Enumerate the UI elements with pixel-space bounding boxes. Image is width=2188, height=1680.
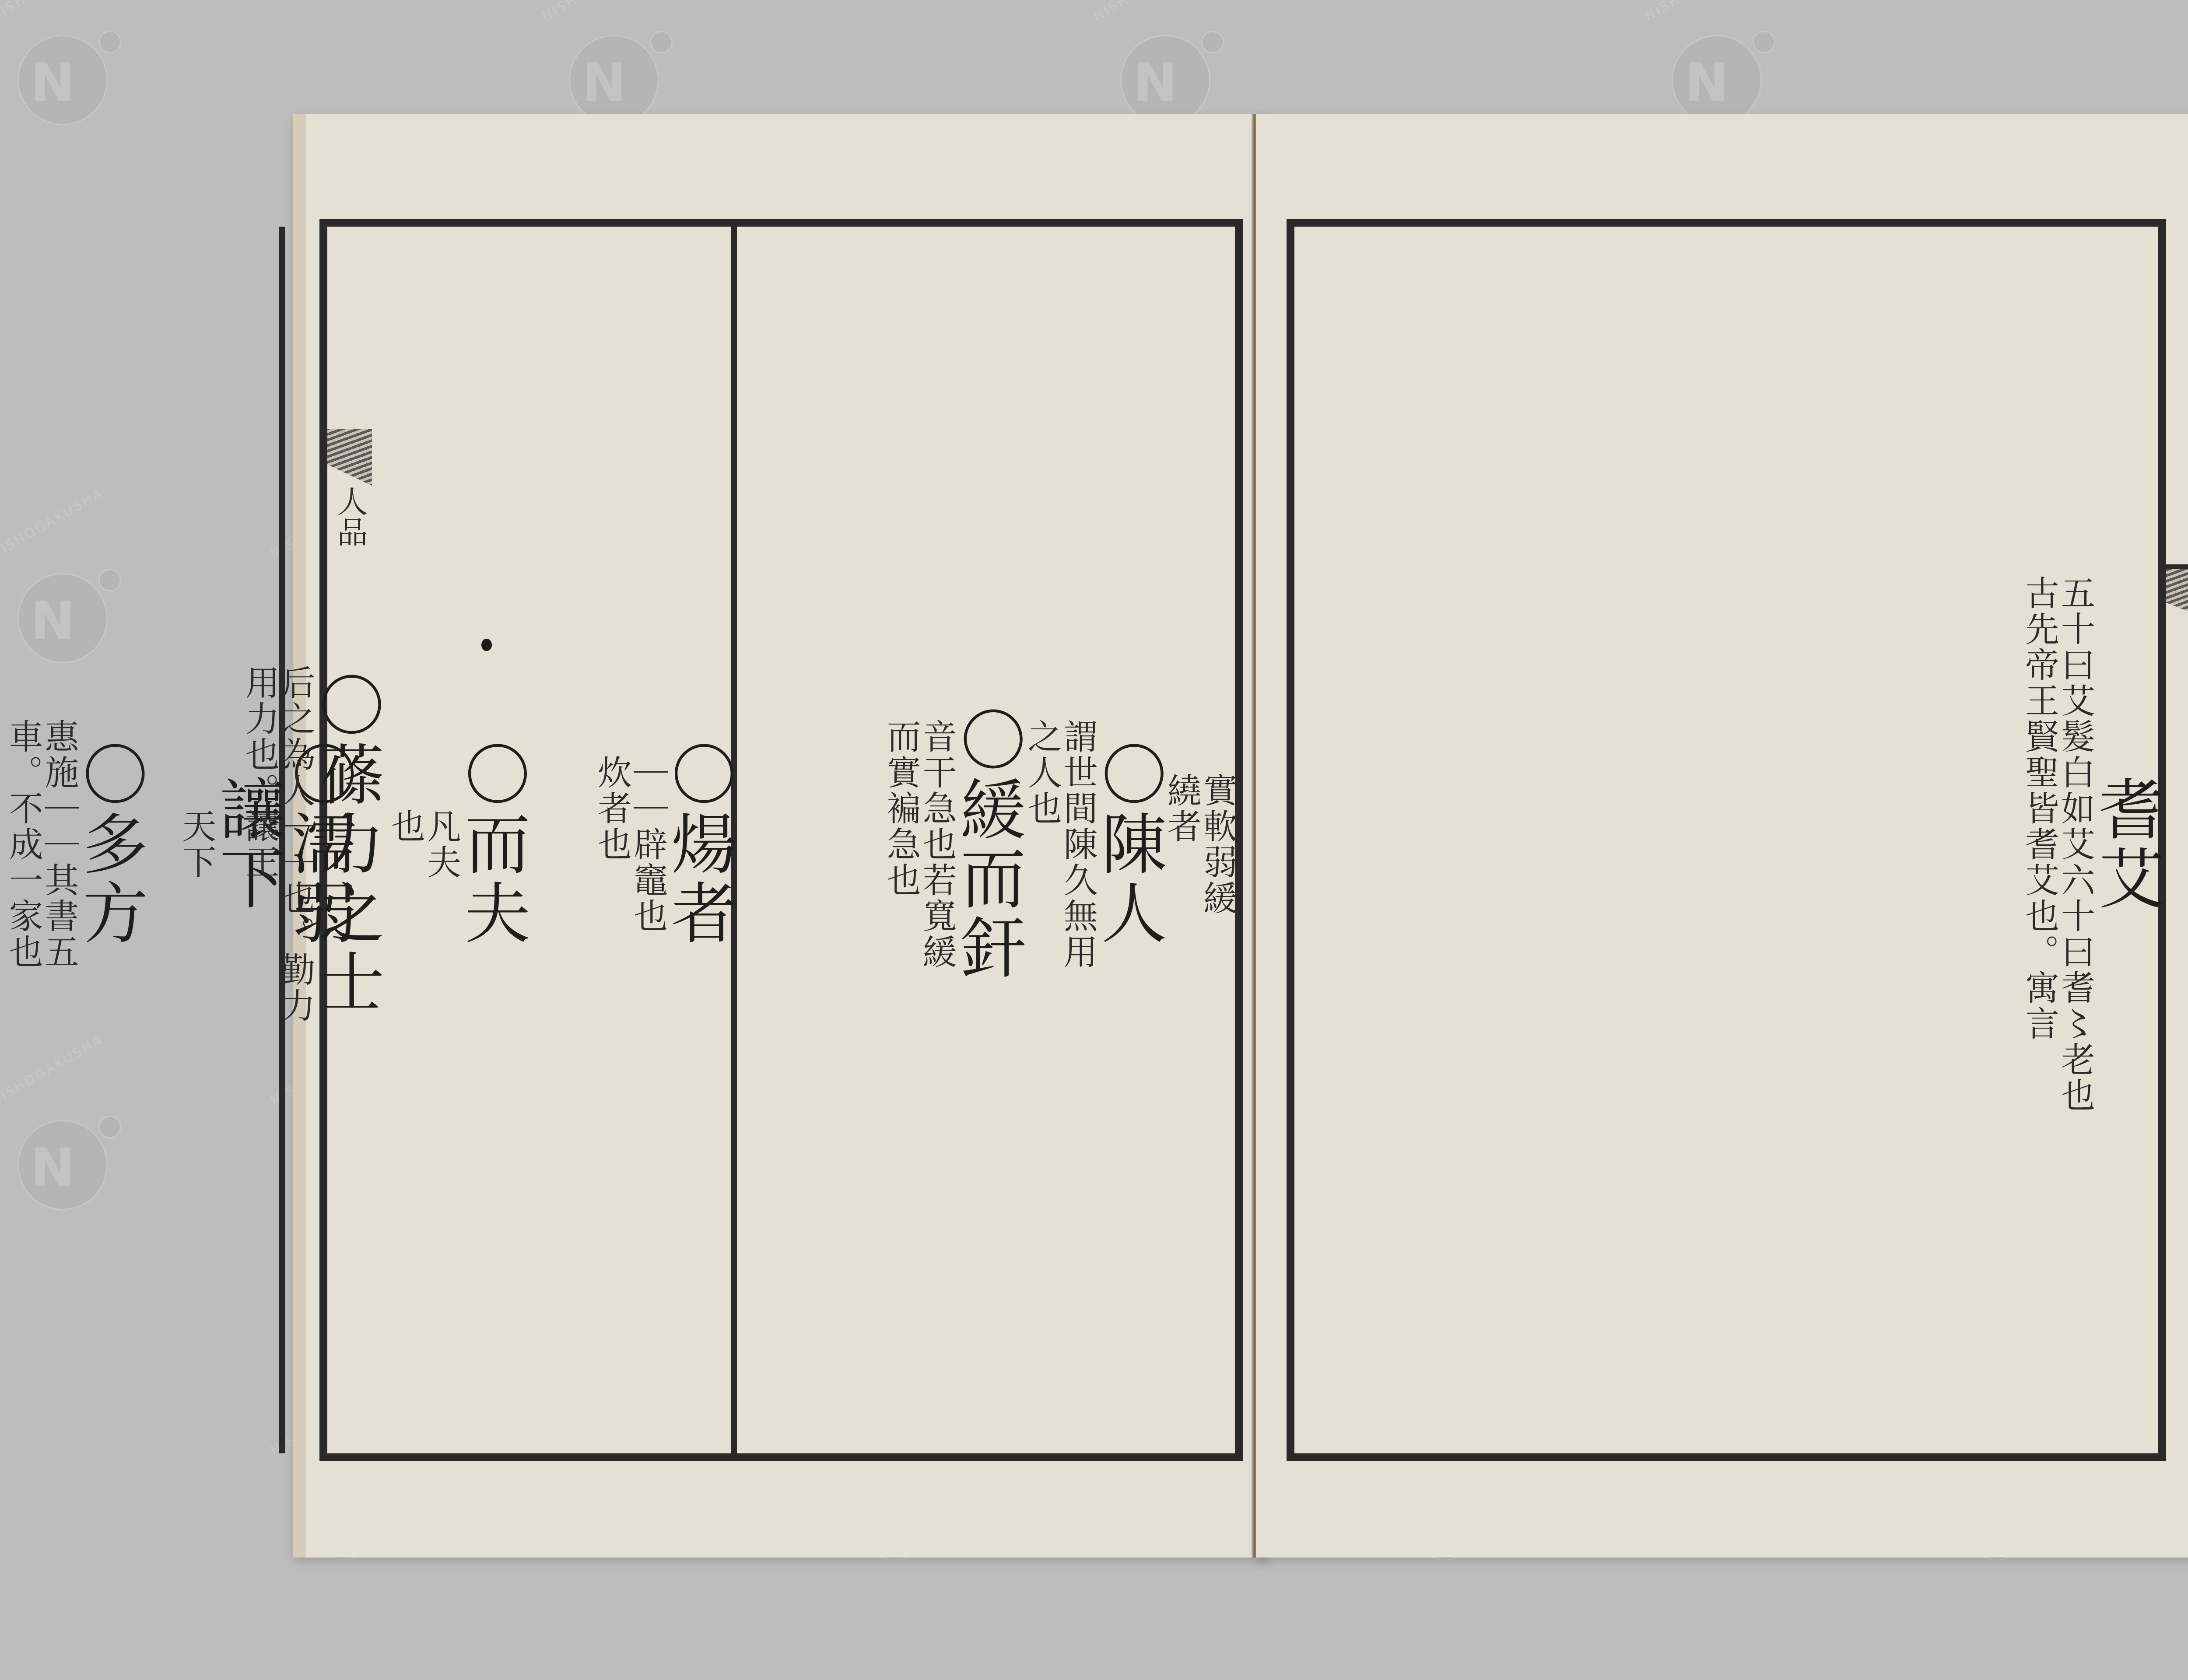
headword-text: 〇蓧力之士 (313, 672, 379, 1017)
annotation: 謂世間陳久無用之人也 (737, 719, 1095, 970)
nishogakusha-logo-icon: NNISHOGAKUSHA (0, 9, 114, 122)
fish-tail-mark-icon (2166, 564, 2188, 628)
annotation: 五十曰艾髮白如艾六十曰耆〻老也古先帝王賢聖皆耆艾也。寓言 (1161, 575, 2093, 1113)
annotation-line: ｜｜辟竈也 (629, 755, 665, 934)
nishogakusha-logo-icon: NNISHOGAKUSHA (551, 9, 665, 122)
open-book: 人品 實軟弱緩繞者〇緩而釬音干急也若寬緩而實褊急也〇而夫凡夫也〇濡弱讓下天下〇多… (293, 114, 2188, 1557)
annotation-line: 古先帝王賢聖皆耆艾也。寓言 (2021, 575, 2057, 1113)
right-page-hashira: 人品 (2166, 564, 2188, 661)
headword-text: 〇煬者 (665, 741, 731, 948)
right-columns: 耆艾五十曰艾髮白如艾六十曰耆〻老也古先帝王賢聖皆耆艾也。寓言〇陳人謂世間陳久無用… (1294, 227, 2158, 1453)
headword-text: 〇陳人 (1095, 741, 1161, 948)
annotation-line: 五十曰艾髮白如艾六十曰耆〻老也 (2057, 575, 2093, 1113)
annotation: ｜｜辟竈也炊者也 (379, 755, 665, 934)
headword-text: 耆艾 (2093, 775, 2158, 913)
nishogakusha-logo-icon: NNISHOGAKUSHA (1103, 9, 1217, 122)
hashira-label: 人品 (2179, 630, 2188, 669)
annotation-line: 之人也 (1024, 719, 1059, 970)
text-column: 耆艾五十曰艾髮白如艾六十曰耆〻老也古先帝王賢聖皆耆艾也。寓言〇陳人謂世間陳久無用… (731, 227, 2158, 1453)
right-text-frame: 耆艾五十曰艾髮白如艾六十曰耆〻老也古先帝王賢聖皆耆艾也。寓言〇陳人謂世間陳久無用… (1287, 219, 2166, 1461)
annotation: 后之為人｜｜也。勤力用力也。讓王 (0, 665, 313, 1024)
annotation-line: 謂世間陳久無用 (1059, 719, 1095, 970)
text-column: 〇煬者｜｜辟竈也炊者也〇蓧力之士后之為人｜｜也。勤力用力也。讓王〇厚行 (0, 227, 731, 1453)
annotation-line: 炊者也 (593, 755, 629, 934)
right-page: 耆艾五十曰艾髮白如艾六十曰耆〻老也古先帝王賢聖皆耆艾也。寓言〇陳人謂世間陳久無用… (1256, 114, 2188, 1557)
annotation-line: 用力也。讓王 (241, 665, 277, 1024)
nishogakusha-logo-icon: NNISHOGAKUSHA (1654, 9, 1768, 122)
annotation-line: 后之為人｜｜也。勤力 (277, 665, 313, 1024)
